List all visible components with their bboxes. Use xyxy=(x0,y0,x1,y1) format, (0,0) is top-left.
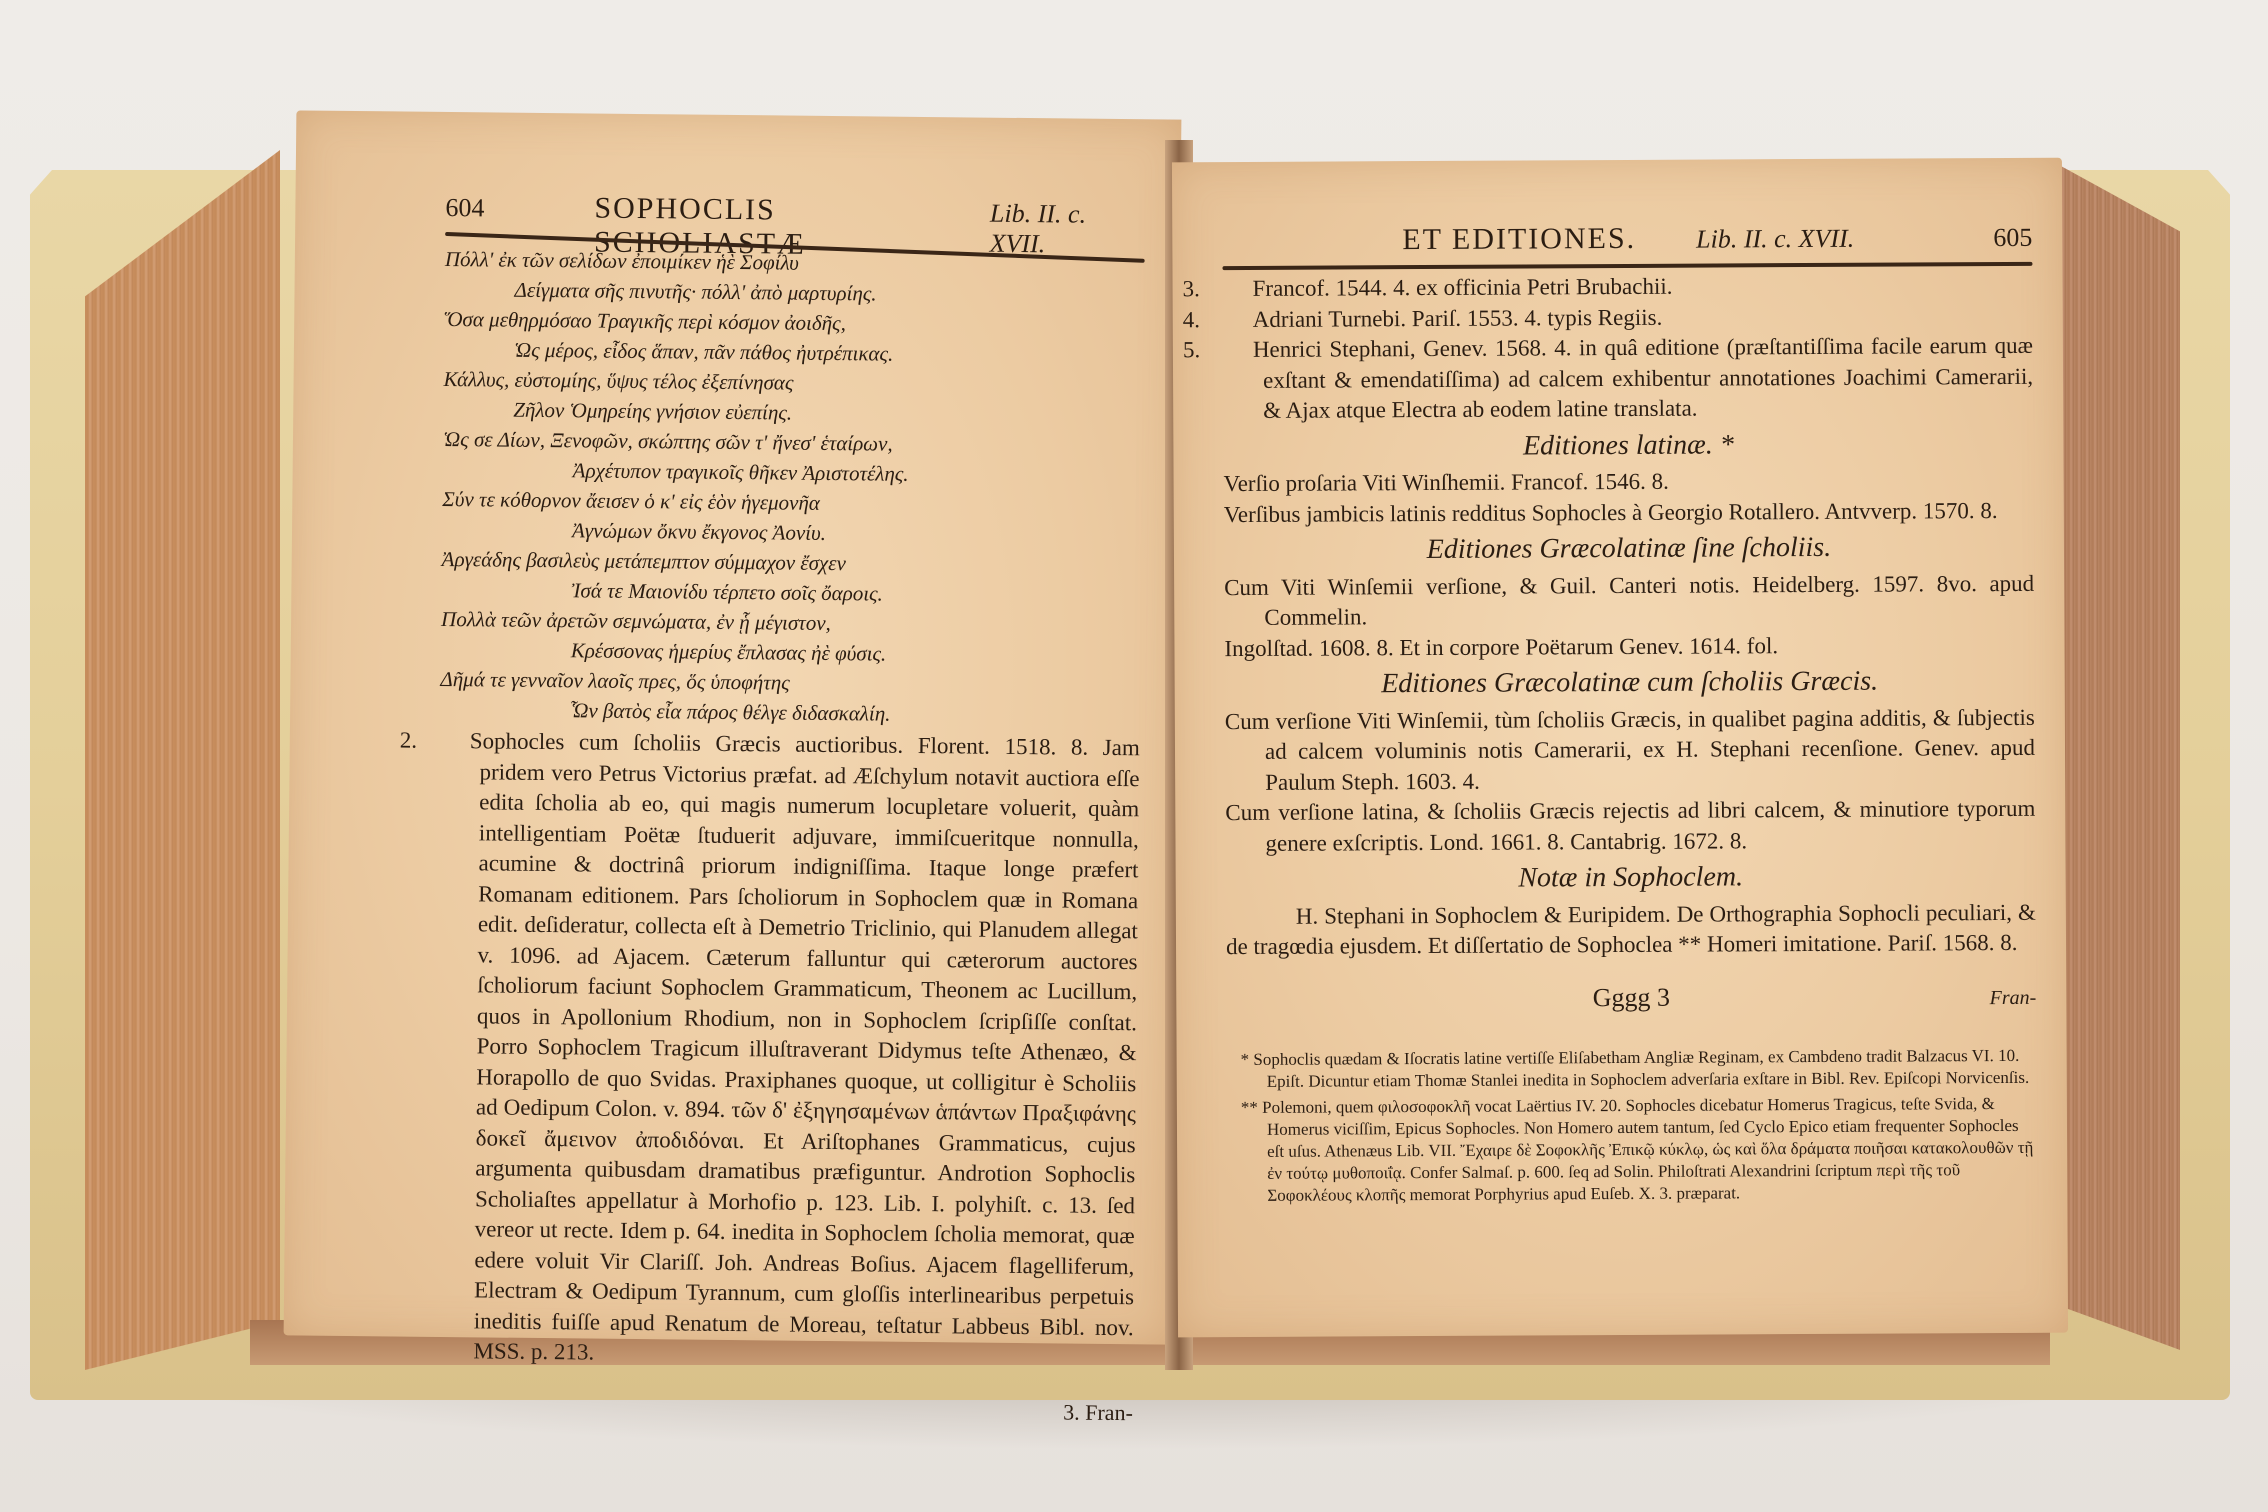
left-page: 604 SOPHOCLIS SCHOLIASTÆ Lib. II. c. XVI… xyxy=(284,110,1182,1344)
signature: Gggg 3 xyxy=(1593,982,1670,1011)
right-body: 3.Francof. 1544. 4. ex officinia Petri B… xyxy=(1223,270,2038,1211)
section-heading: Editiones Græcolatinæ cum ſcholiis Græci… xyxy=(1225,666,2035,701)
entry-number: 5. xyxy=(1223,335,1253,366)
page-number: 604 xyxy=(445,193,484,223)
entry-4: 4.Adriani Turnebi. Pariſ. 1553. 4. typis… xyxy=(1223,300,2033,335)
section-item: Verſibus jambicis latinis redditus Sopho… xyxy=(1224,495,2034,530)
section-item: Verſio proſaria Viti Winſhemii. Francof.… xyxy=(1224,465,2034,500)
entry-number: 2. xyxy=(440,726,470,757)
entry-text: Sophocles cum ſcholiis Græcis auctioribu… xyxy=(470,728,1140,1364)
page-number: 605 xyxy=(1993,223,2032,253)
section-item: Ingolſtad. 1608. 8. Et in corpore Poëtar… xyxy=(1224,629,2034,664)
entry-2: 2.Sophocles cum ſcholiis Græcis auctiori… xyxy=(433,726,1140,1374)
catchword: Fran- xyxy=(1990,982,2037,1013)
section-item: H. Stephani in Sophoclem & Euripidem. De… xyxy=(1226,897,2036,962)
section-item: Cum verſione Viti Winſemii, tùm ſcholiis… xyxy=(1225,702,2035,798)
left-body: Πόλλ' ἐκ τῶν σελίδων ἐποιμίκεν ἡὲ Σοφίλυ… xyxy=(433,244,1145,1428)
entry-3: 3.Francof. 1544. 4. ex officinia Petri B… xyxy=(1223,270,2033,305)
entry-number: 3. xyxy=(1223,274,1253,305)
entry-5: 5.Henrici Stephani, Genev. 1568. 4. in q… xyxy=(1223,331,2033,427)
footnote-mark: ** xyxy=(1241,1098,1258,1117)
greek-epigram: Πόλλ' ἐκ τῶν σελίδων ἐποιμίκεν ἡὲ Σοφίλυ… xyxy=(440,244,1145,731)
footnote-text: Polemoni, quem φιλοσοφοκλῆ vocat Laërtiu… xyxy=(1262,1094,2033,1205)
footnote-mark: * xyxy=(1241,1050,1250,1069)
entry-text: Adriani Turnebi. Pariſ. 1553. 4. typis R… xyxy=(1253,304,1663,331)
verse-line: Ὧν βατὸς εἶα πάρος θέλγε διδασκαλίη. xyxy=(440,694,1140,731)
entry-text: Francof. 1544. 4. ex officinia Petri Bru… xyxy=(1253,274,1673,301)
section-heading: Notæ in Sophoclem. xyxy=(1226,861,2036,896)
right-page-edges xyxy=(2050,160,2180,1350)
running-reference: Lib. II. c. XVII. xyxy=(1696,224,1854,255)
entry-number: 4. xyxy=(1223,304,1253,335)
footnote: * Sophoclis quædam & Iſocratis latine ve… xyxy=(1227,1045,2037,1093)
entry-text: Henrici Stephani, Genev. 1568. 4. in quâ… xyxy=(1253,333,2033,423)
section-heading: Editiones latinæ. * xyxy=(1223,428,2033,463)
section-heading: Editiones Græcolatinæ ſine ſcholiis. xyxy=(1224,532,2034,567)
section-item: Cum Viti Winſemii verſione, & Guil. Cant… xyxy=(1224,568,2034,633)
head-rule xyxy=(1222,262,2032,270)
section-item: Cum verſione latina, & ſcholiis Græcis r… xyxy=(1225,794,2035,859)
right-running-head: ET EDITIONES. Lib. II. c. XVII. 605 xyxy=(1222,220,2032,258)
signature-mark: Gggg 3 Fran- xyxy=(1226,980,2036,1015)
right-page: ET EDITIONES. Lib. II. c. XVII. 605 3.Fr… xyxy=(1172,158,2068,1338)
footnote: ** Polemoni, quem φιλοσοφοκλῆ vocat Laër… xyxy=(1227,1093,2038,1207)
footnote-text: Sophoclis quædam & Iſocratis latine vert… xyxy=(1253,1046,2029,1091)
left-page-edges xyxy=(85,150,280,1370)
footnotes: * Sophoclis quædam & Iſocratis latine ve… xyxy=(1227,1045,2038,1207)
running-title: ET EDITIONES. xyxy=(1402,222,1636,257)
